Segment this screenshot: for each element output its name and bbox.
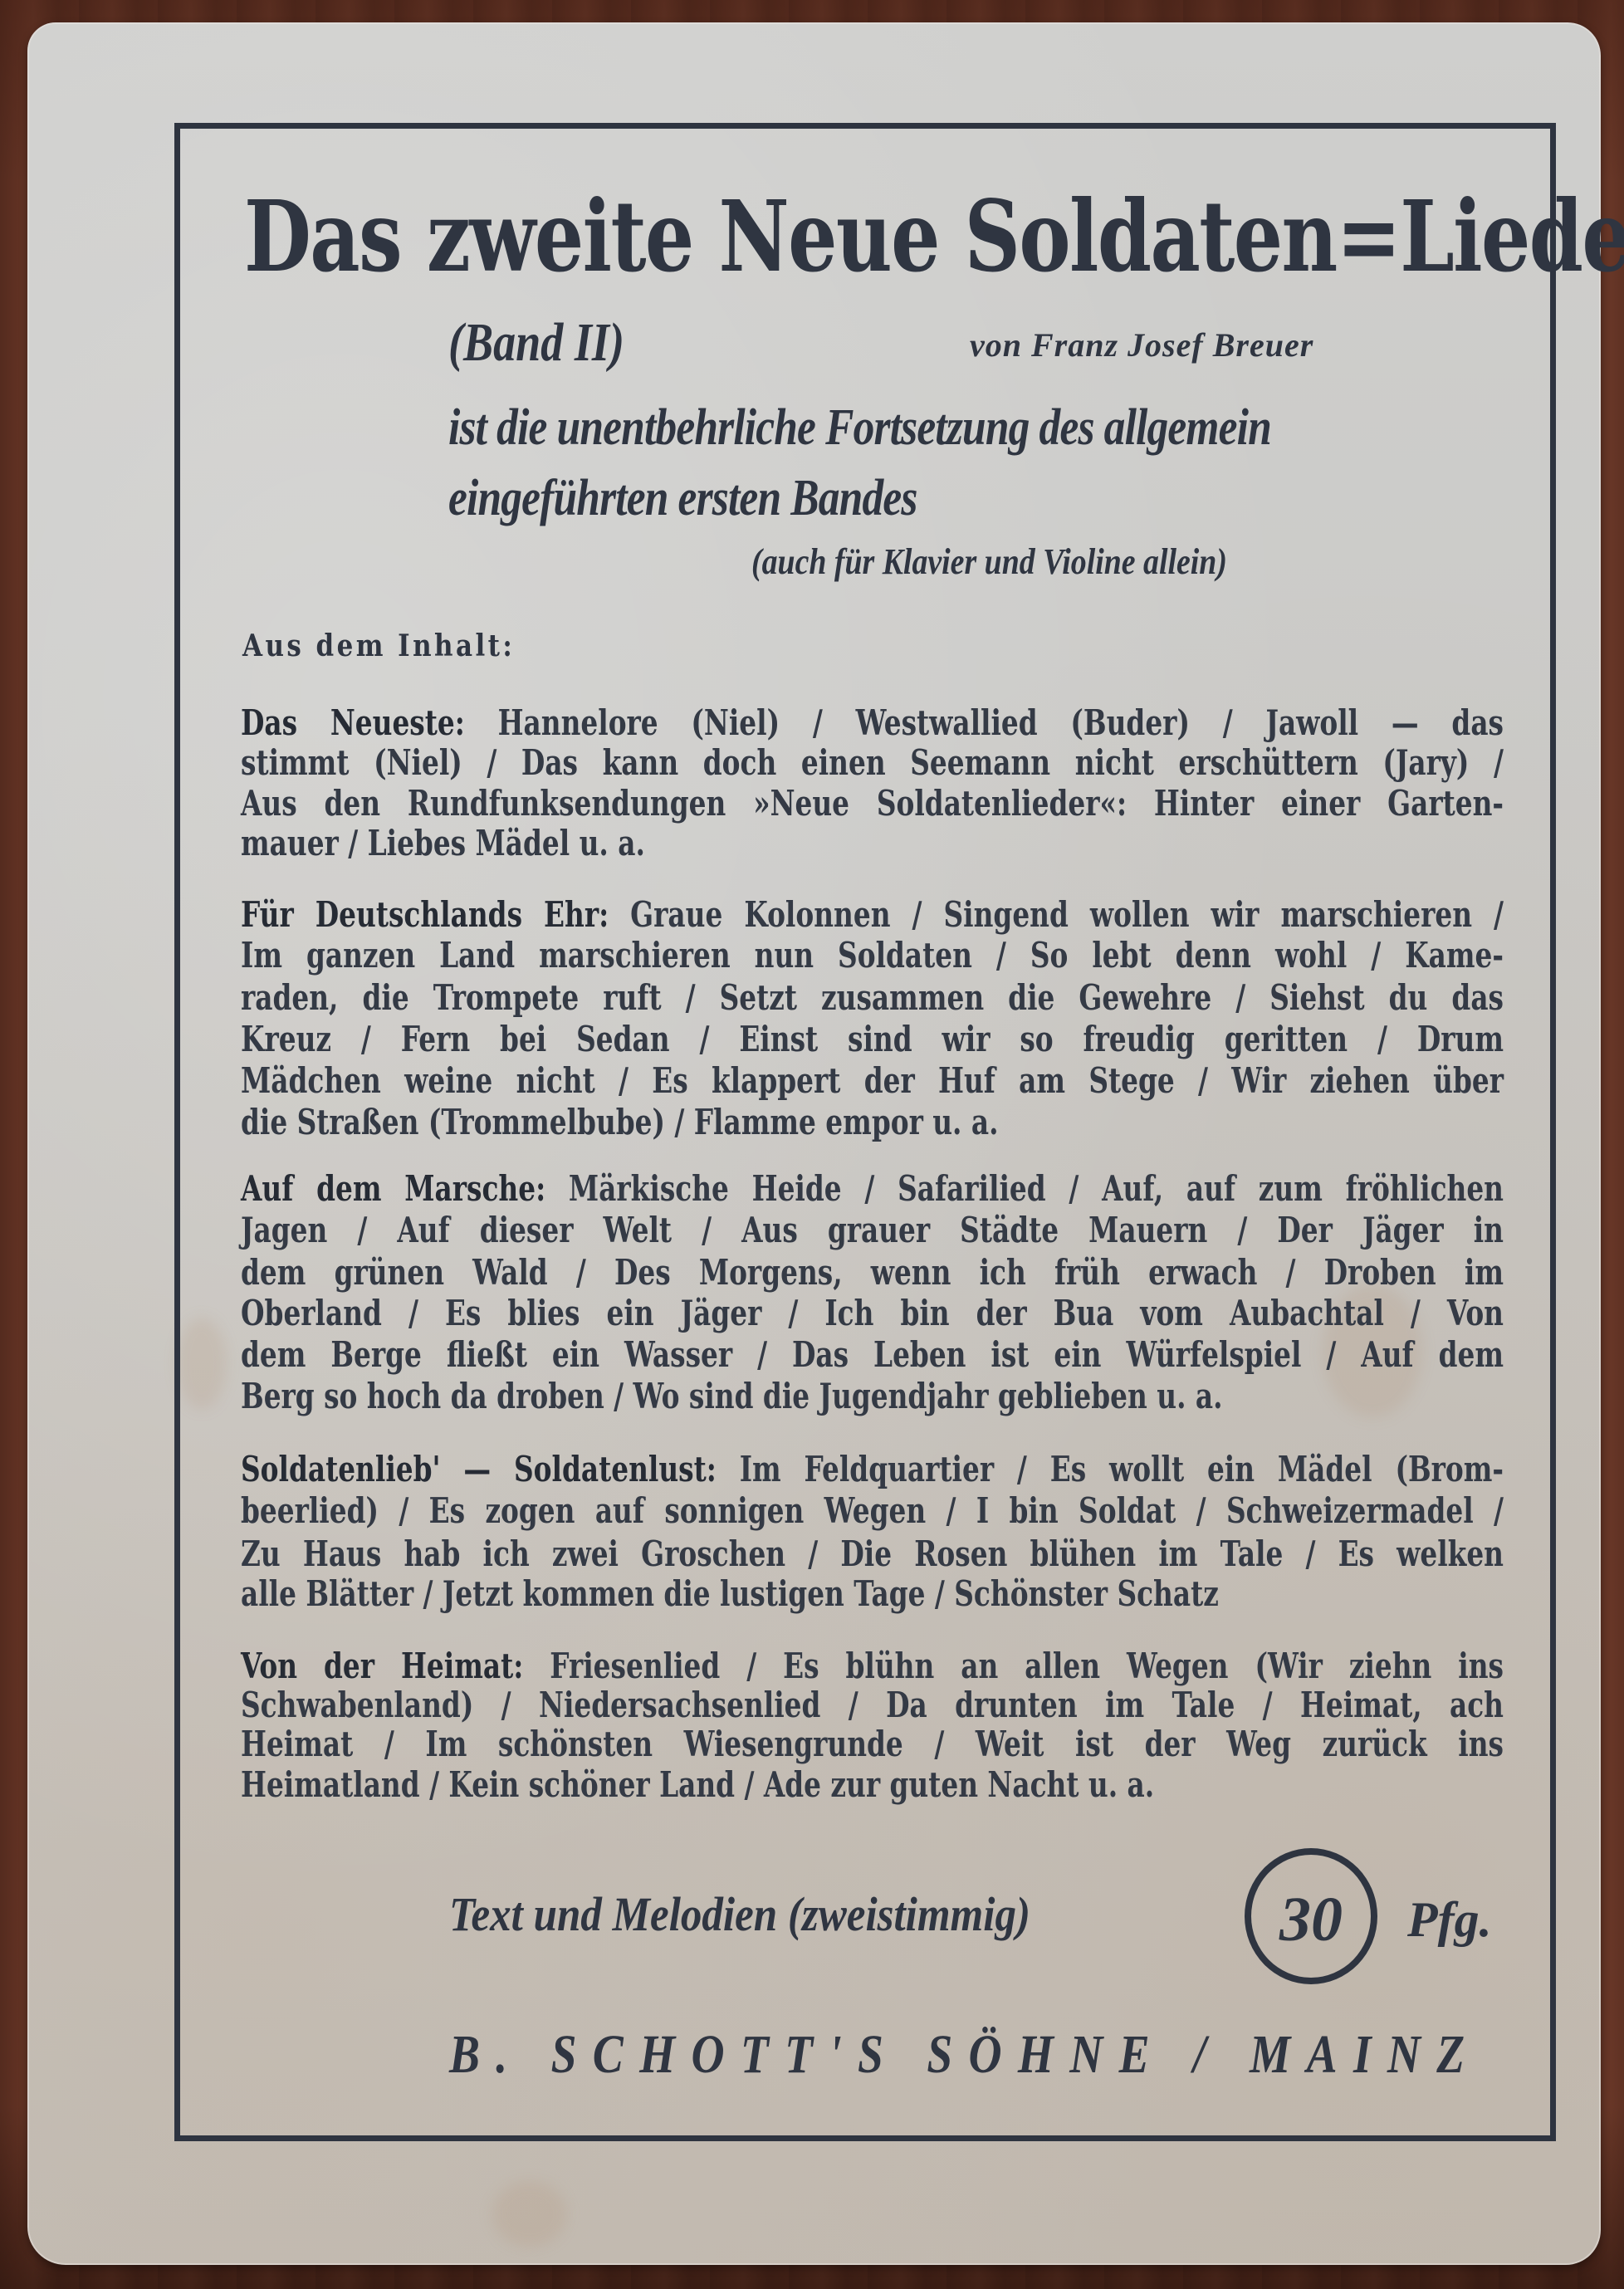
section-soldatenlieb-line: alle Blätter / Jetzt kommen die lustigen… (241, 1573, 1504, 1615)
section-auf-dem-marsche-line: Oberland / Es blies ein Jäger / Ich bin … (241, 1293, 1504, 1334)
volume-label: (Band II) (448, 315, 624, 370)
book-title: Das zweite Neue Soldaten=Liederbuch (244, 188, 1624, 286)
price-value: 30 (1251, 1888, 1371, 1951)
section-category: Auf dem Marsche: (241, 1168, 545, 1209)
price-unit: Pfg. (1407, 1895, 1492, 1944)
price-description: Text und Melodien (zweistimmig) (449, 1890, 1030, 1939)
section-von-der-heimat-line: Von der Heimat: Friesenlied / Es blühn a… (241, 1646, 1504, 1687)
price-circle: 30 (1245, 1848, 1377, 1984)
section-das-neueste-line: Aus den Rundfunksendungen »Neue Soldaten… (241, 783, 1504, 824)
section-auf-dem-marsche-line: dem Berge fließt ein Wasser / Das Leben … (241, 1334, 1504, 1376)
section-auf-dem-marsche-line: Jagen / Auf dieser Welt / Aus grauer Stä… (241, 1210, 1504, 1251)
section-von-der-heimat-line: Heimat / Im schönsten Wiesengrunde / Wei… (241, 1724, 1504, 1765)
section-text: Märkische Heide / Safarilied / Auf, auf … (545, 1168, 1504, 1209)
section-von-der-heimat-line: Schwabenland) / Niedersachsenlied / Da d… (241, 1685, 1504, 1726)
section-text: Graue Kolonnen / Singend wollen wir mars… (609, 894, 1504, 935)
section-auf-dem-marsche-line: Berg so hoch da droben / Wo sind die Jug… (241, 1376, 1504, 1417)
section-text: Hannelore (Niel) / Westwallied (Buder) /… (465, 702, 1504, 743)
section-soldatenlieb-line: beerlied) / Es zogen auf sonnigen Wegen … (241, 1490, 1504, 1532)
section-deutschlands-ehr-line: Im ganzen Land marschieren nun Soldaten … (241, 935, 1504, 976)
section-text: Im Feldquartier / Es wollt ein Mädel (Br… (717, 1449, 1504, 1489)
section-von-der-heimat-line: Heimatland / Kein schöner Land / Ade zur… (241, 1764, 1504, 1806)
section-text: Friesenlied / Es blühn an allen Wegen (W… (523, 1646, 1504, 1686)
section-auf-dem-marsche-line: dem grünen Wald / Des Morgens, wenn ich … (241, 1252, 1504, 1294)
contents-heading: Aus dem Inhalt: (242, 631, 515, 661)
lead-line-1: ist die unentbehrliche Fortsetzung des a… (448, 402, 1271, 453)
section-category: Das Neueste: (241, 702, 465, 743)
section-category: Von der Heimat: (241, 1646, 523, 1686)
section-das-neueste-line: mauer / Liebes Mädel u. a. (241, 823, 1504, 864)
section-deutschlands-ehr-line: Kreuz / Fern bei Sedan / Einst sind wir … (241, 1019, 1504, 1060)
section-category: Soldatenlieb' — Soldatenlust: (241, 1449, 717, 1489)
instrument-note: (auch für Klavier und Violine allein) (751, 544, 1227, 580)
lead-line-2: eingeführten ersten Bandes (448, 472, 917, 524)
section-soldatenlieb-line: Soldatenlieb' — Soldatenlust: Im Feldqua… (241, 1449, 1504, 1490)
section-deutschlands-ehr-line: raden, die Trompete ruft / Setzt zusamme… (241, 977, 1504, 1019)
section-das-neueste-line: stimmt (Niel) / Das kann doch einen Seem… (241, 742, 1504, 784)
publisher-imprint: B. SCHOTT'S SÖHNE / MAINZ (449, 2027, 1480, 2082)
author-credit: von Franz Josef Breuer (970, 329, 1313, 362)
section-deutschlands-ehr-line: Mädchen weine nicht / Es klappert der Hu… (241, 1060, 1504, 1102)
section-auf-dem-marsche-line: Auf dem Marsche: Märkische Heide / Safar… (241, 1168, 1504, 1210)
paper-stain (492, 2181, 567, 2247)
section-soldatenlieb-line: Zu Haus hab ich zwei Groschen / Die Rose… (241, 1533, 1504, 1575)
section-category: Für Deutschlands Ehr: (241, 894, 609, 935)
section-das-neueste-line: Das Neueste: Hannelore (Niel) / Westwall… (241, 702, 1504, 744)
section-deutschlands-ehr-line: die Straßen (Trommelbube) / Flamme empor… (241, 1102, 1504, 1143)
section-deutschlands-ehr-line: Für Deutschlands Ehr: Graue Kolonnen / S… (241, 894, 1504, 936)
